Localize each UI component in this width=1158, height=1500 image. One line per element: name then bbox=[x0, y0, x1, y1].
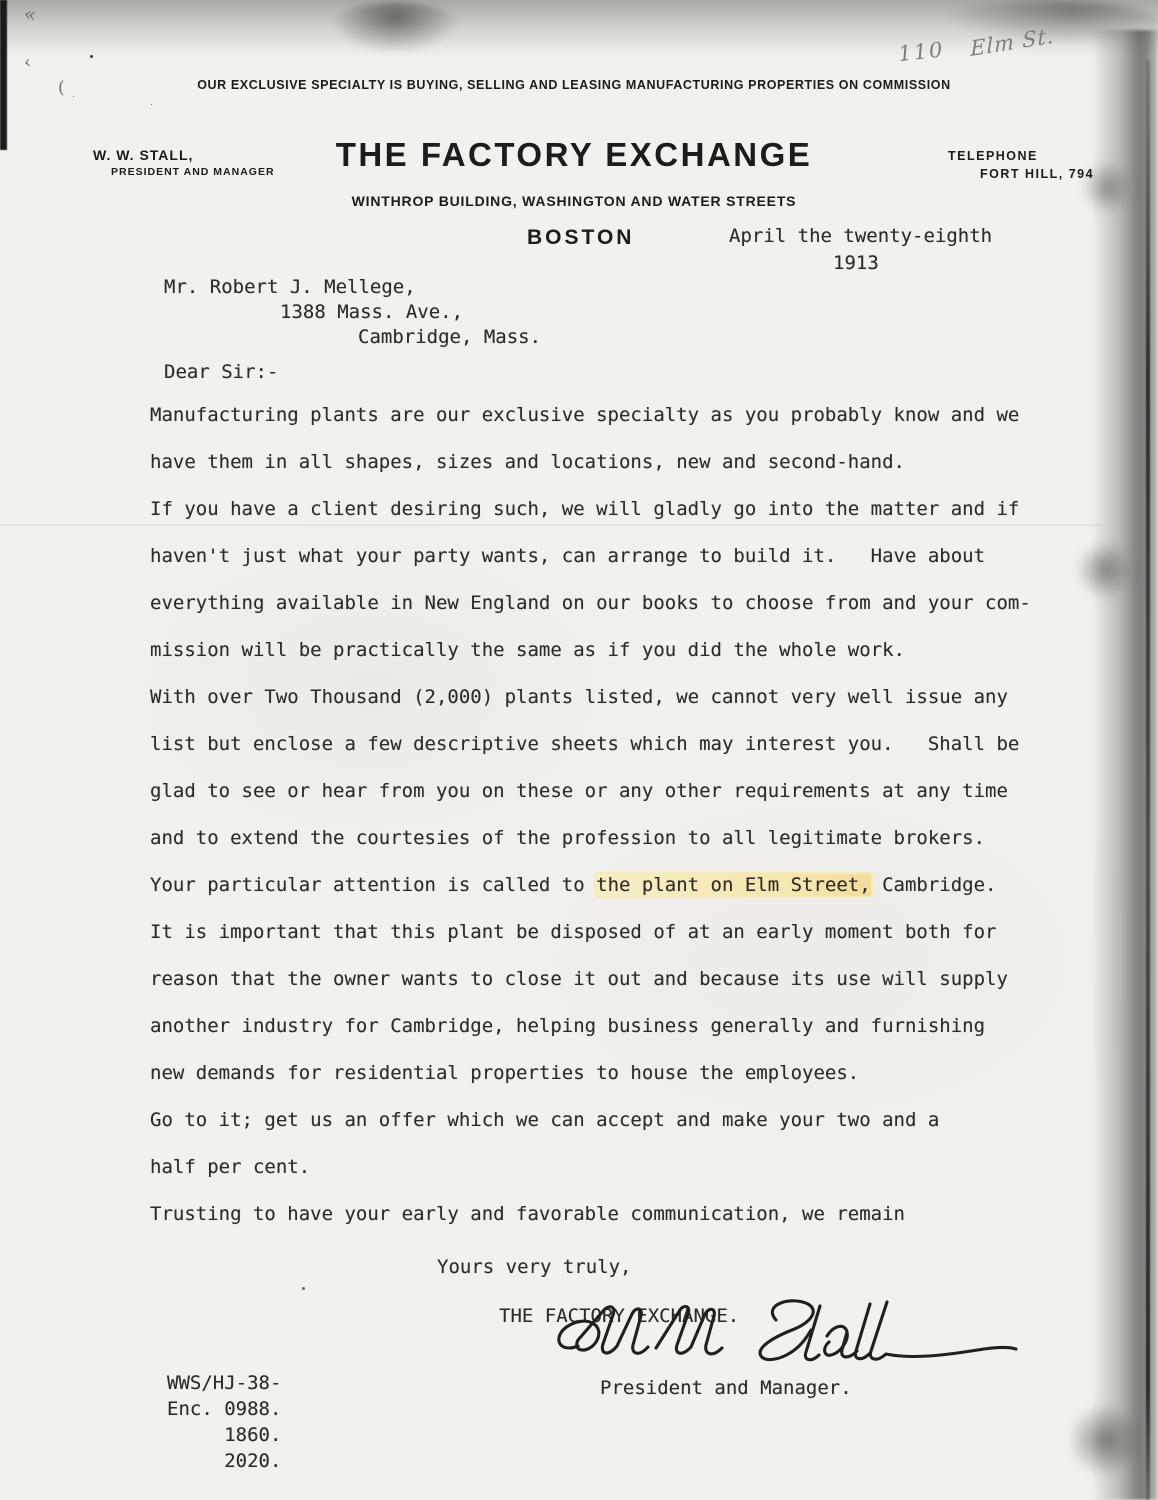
recipient-name: Mr. Robert J. Mellege, bbox=[164, 276, 416, 298]
enclosure-line: 1860. bbox=[167, 1422, 281, 1448]
body-line: haven't just what your party wants, can … bbox=[150, 545, 1110, 592]
body-line: Trusting to have your early and favorabl… bbox=[150, 1203, 1110, 1250]
body-line: reason that the owner wants to close it … bbox=[150, 968, 1110, 1015]
scan-speck bbox=[90, 55, 93, 58]
letterhead-telephone: TELEPHONE FORT HILL, 794 bbox=[948, 149, 1094, 181]
body-line: Manufacturing plants are our exclusive s… bbox=[150, 404, 1110, 451]
scan-left-edge bbox=[0, 0, 7, 150]
body-line: another industry for Cambridge, helping … bbox=[150, 1015, 1110, 1062]
body-line: It is important that this plant be dispo… bbox=[150, 921, 1110, 968]
date-line: April the twenty-eighth bbox=[729, 225, 992, 247]
letter-scan-page: « ‹ ( 110Elm St. OUR EXCLUSIVE SPECIALTY… bbox=[0, 0, 1158, 1500]
telephone-label: TELEPHONE bbox=[948, 149, 1094, 163]
enclosure-line: 2020. bbox=[167, 1448, 281, 1474]
letterhead-tagline: OUR EXCLUSIVE SPECIALTY IS BUYING, SELLI… bbox=[0, 78, 1148, 92]
body-line: With over Two Thousand (2,000) plants li… bbox=[150, 686, 1110, 733]
recipient-street: 1388 Mass. Ave., bbox=[280, 301, 463, 323]
body-line: Go to it; get us an offer which we can a… bbox=[150, 1109, 1110, 1156]
body-line: and to extend the courtesies of the prof… bbox=[150, 827, 1110, 874]
scan-smudge bbox=[330, 2, 460, 54]
body-line: half per cent. bbox=[150, 1156, 1110, 1203]
signer-title: President and Manager. bbox=[600, 1377, 852, 1399]
enclosure-line: Enc. 0988. bbox=[167, 1396, 281, 1422]
body-line-highlighted: Your particular attention is called to t… bbox=[150, 874, 1110, 921]
body-line: new demands for residential properties t… bbox=[150, 1062, 1110, 1109]
highlight-pre-text: Your particular attention is called to bbox=[150, 874, 596, 896]
salutation: Dear Sir:- bbox=[164, 361, 278, 383]
recipient-city: Cambridge, Mass. bbox=[358, 326, 541, 348]
body-line: have them in all shapes, sizes and locat… bbox=[150, 451, 1110, 498]
reference-initials: WWS/HJ-38- bbox=[167, 1370, 281, 1396]
letterhead-city: BOSTON bbox=[527, 226, 634, 250]
handwritten-signature bbox=[548, 1296, 1020, 1386]
telephone-number: FORT HILL, 794 bbox=[980, 167, 1094, 181]
body-line: glad to see or hear from you on these or… bbox=[150, 780, 1110, 827]
scan-smudge bbox=[1070, 1400, 1140, 1480]
highlight-post-text: Cambridge. bbox=[871, 874, 997, 896]
highlighted-text: the plant on Elm Street, bbox=[596, 874, 871, 896]
body-line: mission will be practically the same as … bbox=[150, 639, 1110, 686]
letterhead-address: WINTHROP BUILDING, WASHINGTON AND WATER … bbox=[0, 193, 1148, 209]
letter-body: Manufacturing plants are our exclusive s… bbox=[150, 404, 1110, 1250]
body-line: If you have a client desiring such, we w… bbox=[150, 498, 1110, 545]
body-line: list but enclose a few descriptive sheet… bbox=[150, 733, 1110, 780]
reference-block: WWS/HJ-38- Enc. 0988. 1860. 2020. bbox=[167, 1370, 281, 1474]
scan-edge-line bbox=[1146, 60, 1150, 1500]
date-year: 1913 bbox=[833, 252, 879, 274]
body-line: everything available in New England on o… bbox=[150, 592, 1110, 639]
handwritten-street-number: 110 bbox=[897, 37, 945, 66]
valediction: Yours very truly, bbox=[437, 1256, 631, 1278]
